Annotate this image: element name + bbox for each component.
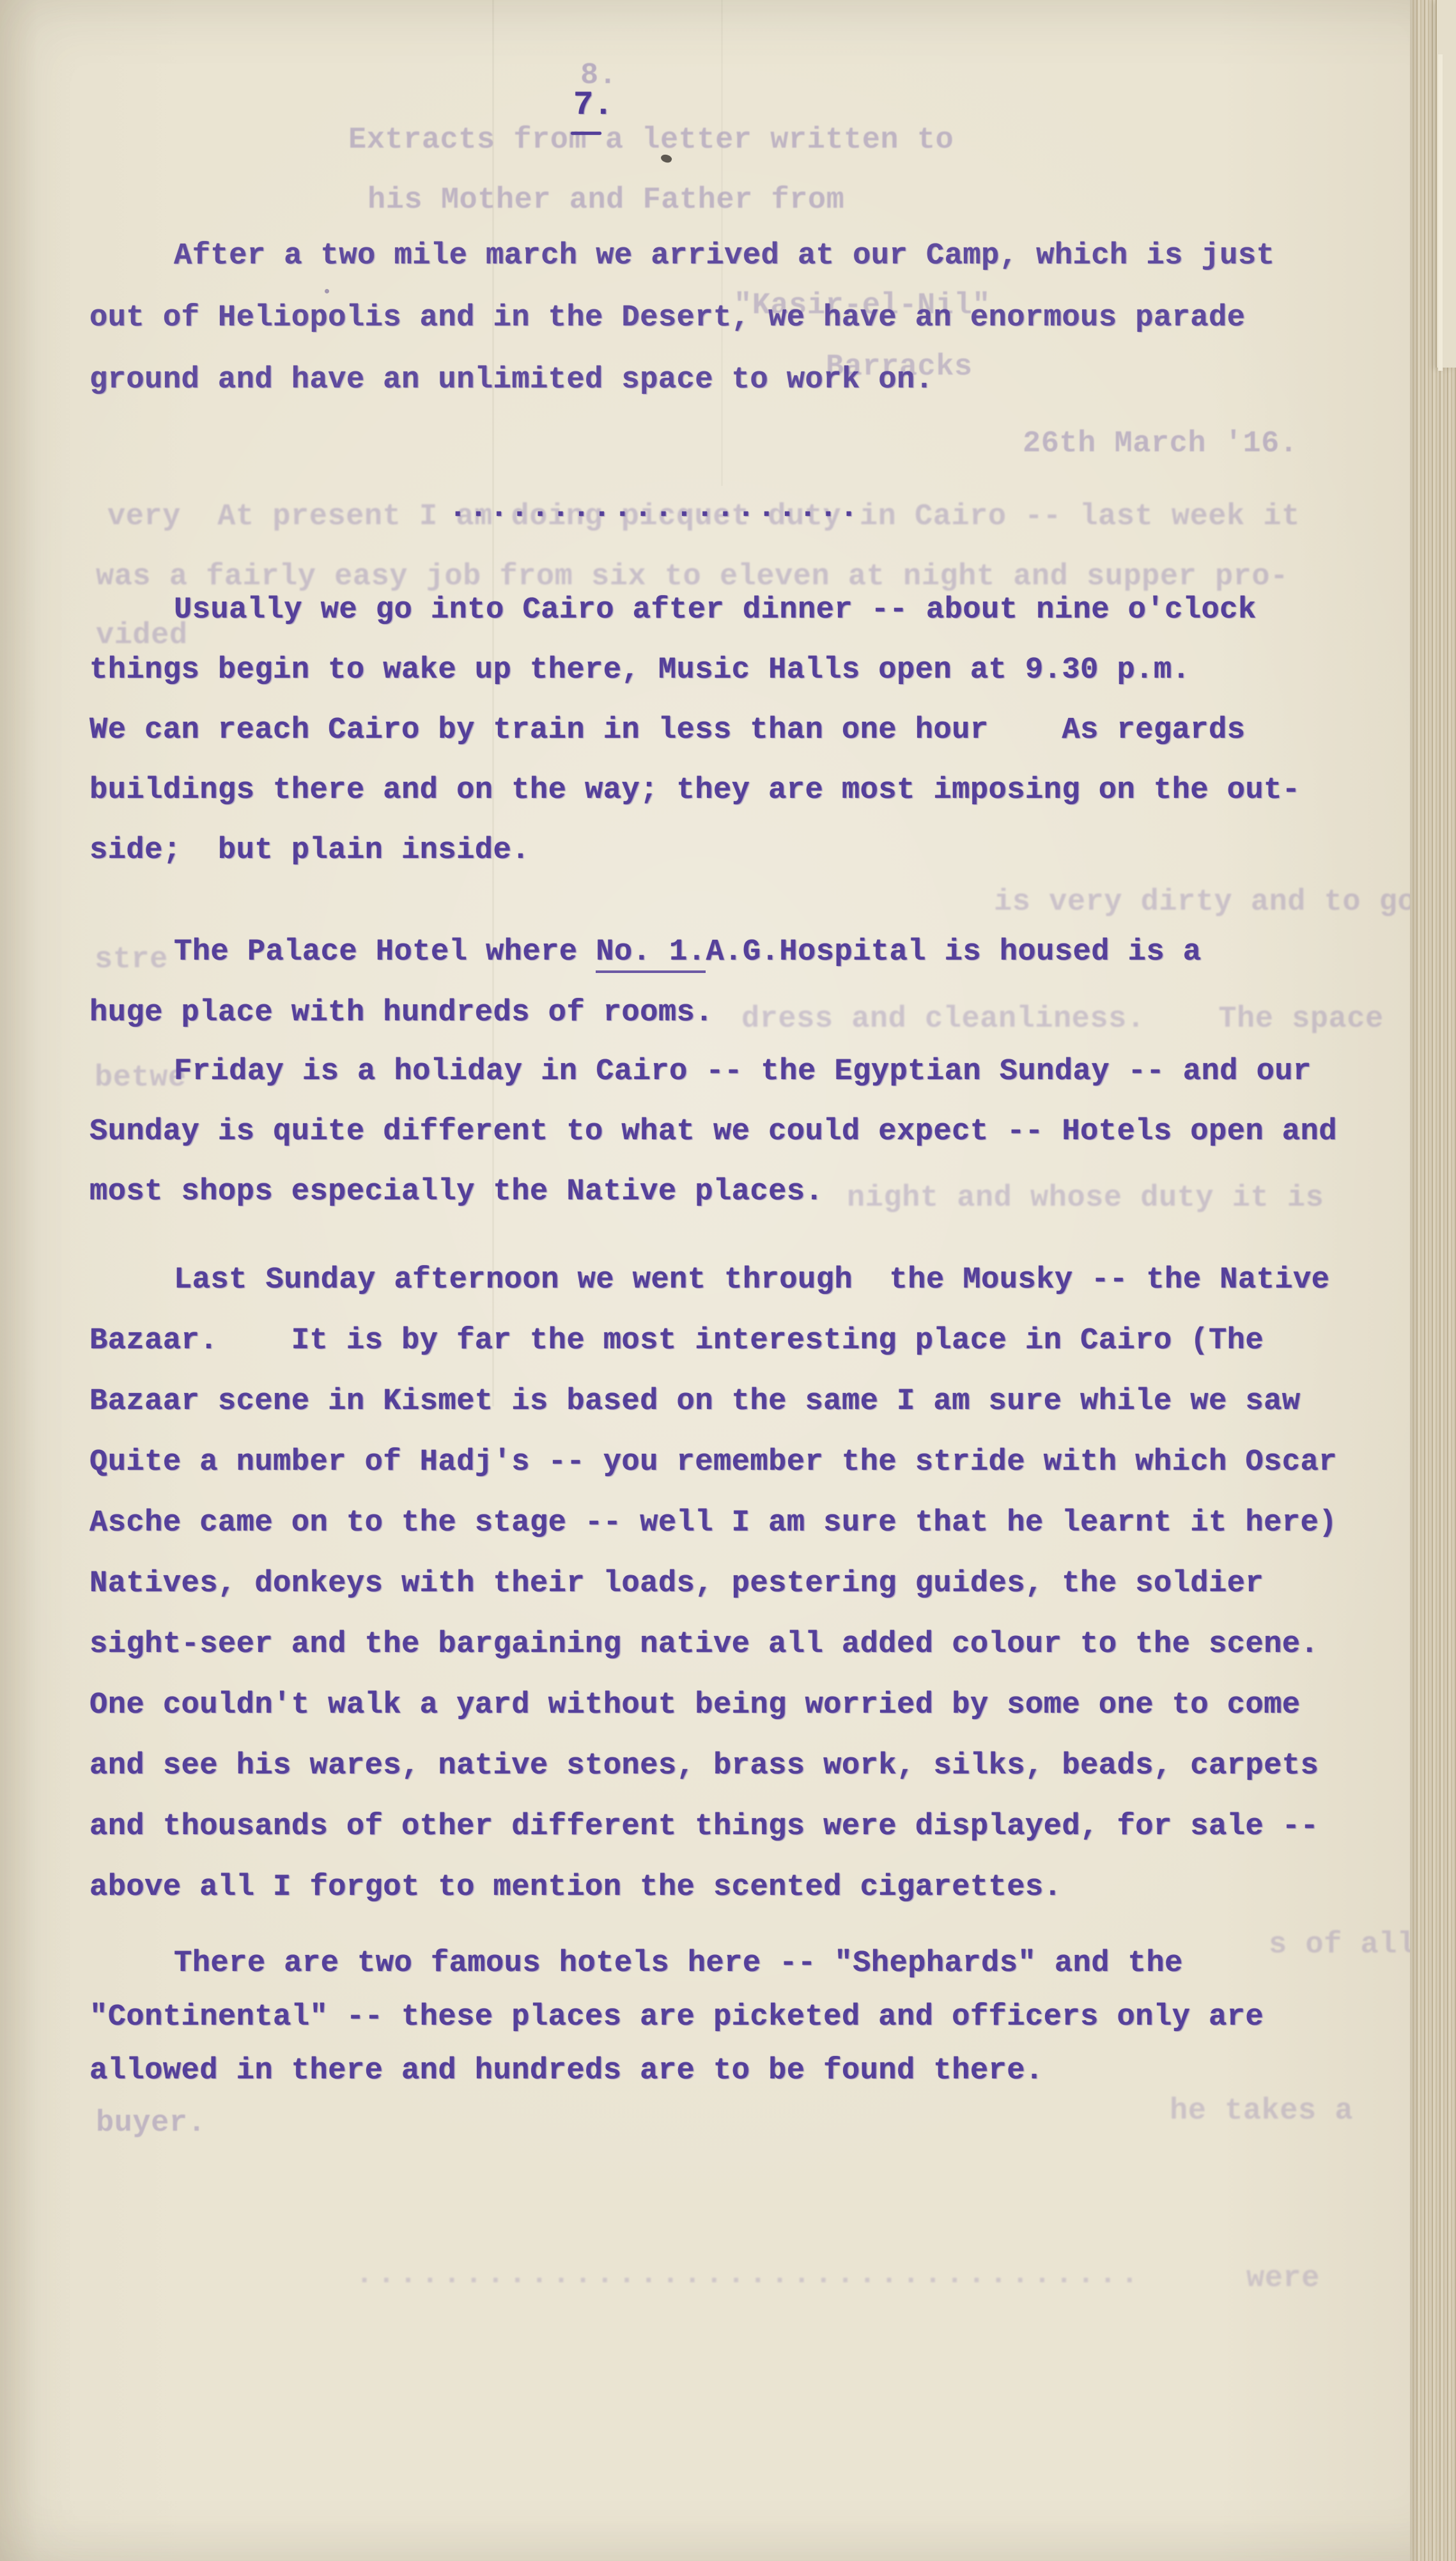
dotted-separator-text: ....................: [449, 492, 860, 525]
letter-line: Natives, donkeys with their loads, peste…: [89, 1553, 1337, 1614]
letter-line: Sunday is quite different to what we cou…: [89, 1102, 1337, 1162]
dotted-separator: ....................: [89, 478, 860, 540]
book-page-edge-sliver: [1438, 54, 1443, 371]
letter-paragraph: The Palace Hotel where No. 1.A.G.Hospita…: [89, 922, 1201, 1043]
letter-line: Last Sunday afternoon we went through th…: [89, 1250, 1337, 1311]
letter-line: out of Heliopolis and in the Desert, we …: [89, 287, 1274, 349]
letter-line: Bazaar scene in Kismet is based on the s…: [89, 1371, 1337, 1432]
letter-line: allowed in there and hundreds are to be …: [89, 2044, 1264, 2098]
ghost-date-fragment: 26th March '16.: [1023, 427, 1298, 461]
letter-line: and see his wares, native stones, brass …: [89, 1736, 1337, 1796]
letter-line: Usually we go into Cairo after dinner --…: [89, 580, 1301, 641]
letter-paragraph: Last Sunday afternoon we went through th…: [89, 1250, 1337, 1918]
letter-line: After a two mile march we arrived at our…: [89, 225, 1274, 287]
underlined-phrase: No. 1.: [596, 935, 706, 973]
ghost-fragment: he takes a: [1170, 2094, 1353, 2128]
letter-paragraph: Usually we go into Cairo after dinner --…: [89, 580, 1301, 881]
letter-paragraph: There are two famous hotels here -- "She…: [89, 1937, 1264, 2098]
letter-line: There are two famous hotels here -- "She…: [89, 1937, 1264, 1991]
letter-line: One couldn't walk a yard without being w…: [89, 1675, 1337, 1736]
letter-paragraph: Friday is a holiday in Cairo -- the Egyp…: [89, 1042, 1337, 1222]
page-number-underline: [571, 132, 601, 135]
letter-line: ground and have an unlimited space to wo…: [89, 349, 1274, 411]
scanned-letter-page: 8. Extracts from a letter written to his…: [0, 0, 1456, 2561]
letter-line: Bazaar. It is by far the most interestin…: [89, 1311, 1337, 1371]
ghost-heading-line: Extracts from a letter written to: [348, 123, 954, 157]
letter-line: Friday is a holiday in Cairo -- the Egyp…: [89, 1042, 1337, 1102]
ghost-fragment: is very dirty and to go down a couple of…: [994, 885, 1456, 919]
page-number: 7.: [573, 86, 613, 124]
letter-line: and thousands of other different things …: [89, 1796, 1337, 1857]
letter-line: "Continental" -- these places are picket…: [89, 1991, 1264, 2044]
letter-line: buildings there and on the way; they are…: [89, 761, 1301, 821]
letter-line: huge place with hundreds of rooms.: [89, 983, 1201, 1043]
ink-speck: [325, 289, 329, 293]
book-page-edges: [1410, 0, 1456, 2561]
ghost-dotted-line: ....................................: [355, 2258, 1142, 2292]
letter-line: above all I forgot to mention the scente…: [89, 1857, 1337, 1918]
letter-line: We can reach Cairo by train in less than…: [89, 701, 1301, 761]
ghost-fragment: were: [1246, 2262, 1320, 2296]
letter-line: Asche came on to the stage -- well I am …: [89, 1493, 1337, 1553]
letter-line: The Palace Hotel where No. 1.A.G.Hospita…: [89, 922, 1201, 983]
letter-paragraph: After a two mile march we arrived at our…: [89, 225, 1274, 411]
letter-line: things begin to wake up there, Music Hal…: [89, 641, 1301, 701]
ghost-fragment: s of all: [1269, 1928, 1416, 1962]
ghost-fragment: buyer.: [96, 2106, 206, 2140]
letter-line: Quite a number of Hadj's -- you remember…: [89, 1432, 1337, 1493]
letter-line: side; but plain inside.: [89, 821, 1301, 881]
letter-line: sight-seer and the bargaining native all…: [89, 1614, 1337, 1675]
ghost-heading-line: his Mother and Father from: [368, 183, 844, 217]
letter-line: most shops especially the Native places.: [89, 1162, 1337, 1222]
